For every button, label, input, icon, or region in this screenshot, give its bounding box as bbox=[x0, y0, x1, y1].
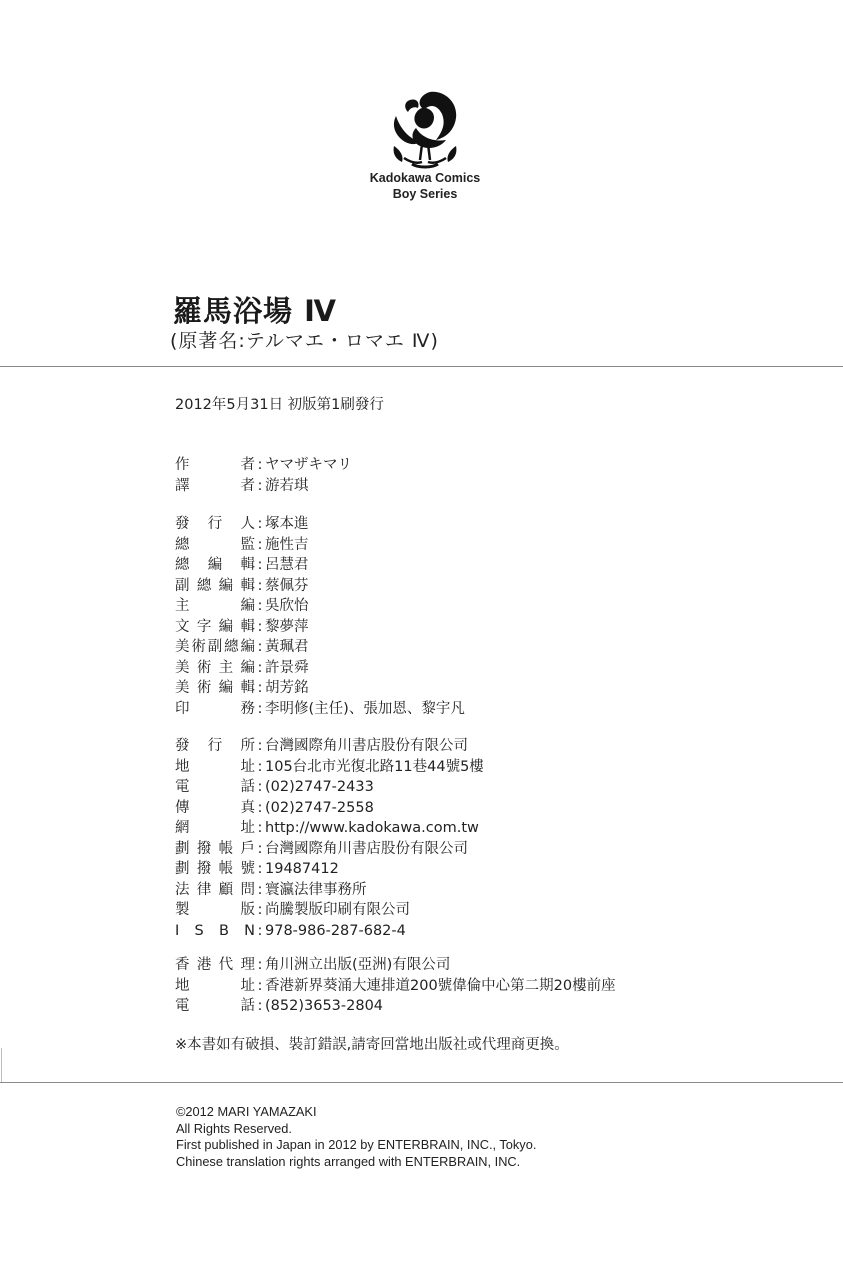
credit-row: 總監:施性吉 bbox=[175, 535, 465, 556]
label-char: 輯 bbox=[240, 617, 255, 638]
label-char: 編 bbox=[241, 637, 256, 658]
label-char: 址 bbox=[241, 976, 256, 997]
credit-label: 製版 bbox=[175, 900, 255, 921]
translation-rights-line: Chinese translation rights arranged with… bbox=[176, 1154, 536, 1171]
label-char: 話 bbox=[241, 996, 256, 1017]
credit-row: 美術編輯:胡芳銘 bbox=[175, 678, 465, 699]
credit-label: 地址 bbox=[175, 757, 255, 778]
label-char: 劃 bbox=[175, 859, 190, 880]
label-char: 總 bbox=[175, 555, 190, 576]
credit-value: 游若琪 bbox=[265, 476, 309, 497]
label-char: 作 bbox=[175, 455, 190, 476]
label-char: 發 bbox=[175, 736, 190, 757]
credit-value: 978-986-287-682-4 bbox=[265, 921, 406, 942]
credit-row: 美術主編:許景舜 bbox=[175, 658, 465, 679]
credit-label: 劃撥帳號 bbox=[175, 859, 255, 880]
label-char: 者 bbox=[241, 455, 256, 476]
credit-label: 主編 bbox=[175, 596, 255, 617]
label-char: 地 bbox=[175, 757, 190, 778]
credit-label: 文字編輯 bbox=[175, 617, 255, 638]
credit-label: 香港代理 bbox=[175, 955, 255, 976]
label-separator: : bbox=[255, 736, 265, 757]
label-char: 者 bbox=[241, 476, 256, 497]
label-char: 術 bbox=[191, 637, 206, 658]
credit-row: 香港代理:角川洲立出版(亞洲)有限公司 bbox=[175, 955, 616, 976]
credit-label: 總監 bbox=[175, 535, 255, 556]
credit-row: 印務:李明修(主任)、張加恩、黎宇凡 bbox=[175, 699, 465, 720]
credit-value: 塚本進 bbox=[265, 514, 309, 535]
label-char: 問 bbox=[240, 880, 255, 901]
label-separator: : bbox=[255, 637, 265, 658]
credit-value: (02)2747-2558 bbox=[265, 798, 374, 819]
label-char: 術 bbox=[197, 658, 212, 679]
credit-row: ISBN:978-986-287-682-4 bbox=[175, 921, 484, 942]
label-char: 美 bbox=[175, 678, 190, 699]
credit-value: 李明修(主任)、張加恩、黎宇凡 bbox=[265, 699, 465, 720]
top-divider bbox=[0, 366, 843, 367]
label-char: 撥 bbox=[197, 859, 212, 880]
label-separator: : bbox=[255, 757, 265, 778]
label-separator: : bbox=[255, 777, 265, 798]
label-separator: : bbox=[255, 859, 265, 880]
hk-agent-info: 香港代理:角川洲立出版(亞洲)有限公司地址:香港新界葵涌大連排道200號偉倫中心… bbox=[175, 955, 616, 1017]
label-char: 製 bbox=[175, 900, 190, 921]
credit-value: 香港新界葵涌大連排道200號偉倫中心第二期20樓前座 bbox=[265, 976, 616, 997]
credit-row: 電話:(02)2747-2433 bbox=[175, 777, 484, 798]
label-char: 理 bbox=[240, 955, 255, 976]
label-char: 代 bbox=[219, 955, 234, 976]
label-separator: : bbox=[255, 976, 265, 997]
label-char: 版 bbox=[241, 900, 256, 921]
credit-row: 傳真:(02)2747-2558 bbox=[175, 798, 484, 819]
label-char: 編 bbox=[219, 617, 234, 638]
label-char: S bbox=[195, 921, 204, 942]
label-char: 編 bbox=[219, 576, 234, 597]
label-char: I bbox=[175, 921, 179, 942]
label-char: 發 bbox=[175, 514, 190, 535]
replacement-notice: ※本書如有破損、裝訂錯誤,請寄回當地出版社或代理商更換。 bbox=[175, 1033, 569, 1054]
credit-value: (852)3653-2804 bbox=[265, 996, 383, 1017]
credit-label: 傳真 bbox=[175, 798, 255, 819]
rights-line: All Rights Reserved. bbox=[176, 1121, 536, 1138]
credit-value: 施性吉 bbox=[265, 535, 309, 556]
label-char: 香 bbox=[175, 955, 190, 976]
credit-label: 發行所 bbox=[175, 736, 255, 757]
credit-label: 副總編輯 bbox=[175, 576, 255, 597]
label-char: 行 bbox=[208, 736, 223, 757]
credit-value: (02)2747-2433 bbox=[265, 777, 374, 798]
credit-row: 製版:尚騰製版印刷有限公司 bbox=[175, 900, 484, 921]
credit-value: 蔡佩芬 bbox=[265, 576, 309, 597]
credit-row: 發行人:塚本進 bbox=[175, 514, 465, 535]
label-char: 副 bbox=[208, 637, 223, 658]
label-char: N bbox=[244, 921, 255, 942]
credit-value: 胡芳銘 bbox=[265, 678, 309, 699]
label-char: 編 bbox=[241, 596, 256, 617]
label-separator: : bbox=[255, 818, 265, 839]
credit-value: 尚騰製版印刷有限公司 bbox=[265, 900, 410, 921]
label-char: 文 bbox=[175, 617, 190, 638]
label-separator: : bbox=[255, 880, 265, 901]
label-separator: : bbox=[255, 955, 265, 976]
staff-credits: 發行人:塚本進總監:施性吉總編輯:呂慧君副總編輯:蔡佩芬主編:吳欣怡文字編輯:黎… bbox=[175, 514, 465, 719]
label-char: 劃 bbox=[175, 839, 190, 860]
label-char: 美 bbox=[175, 637, 190, 658]
label-char: 主 bbox=[175, 596, 190, 617]
label-char: 輯 bbox=[240, 678, 255, 699]
copyright-line: ©2012 MARI YAMAZAKI bbox=[176, 1104, 536, 1121]
credit-label: 發行人 bbox=[175, 514, 255, 535]
label-char: 務 bbox=[241, 699, 256, 720]
label-char: 址 bbox=[241, 818, 256, 839]
credit-row: 地址:105台北市光復北路11巷44號5樓 bbox=[175, 757, 484, 778]
credit-row: 副總編輯:蔡佩芬 bbox=[175, 576, 465, 597]
label-separator: : bbox=[255, 798, 265, 819]
credit-value: 台灣國際角川書店股份有限公司 bbox=[265, 736, 468, 757]
label-char: B bbox=[219, 921, 229, 942]
label-char: 編 bbox=[219, 678, 234, 699]
label-char: 總 bbox=[175, 535, 190, 556]
label-char: 術 bbox=[197, 678, 212, 699]
credit-value: 黎夢萍 bbox=[265, 617, 309, 638]
label-char: 地 bbox=[175, 976, 190, 997]
credit-label: 美術編輯 bbox=[175, 678, 255, 699]
label-separator: : bbox=[255, 455, 265, 476]
logo-line-1: Kadokawa Comics bbox=[340, 170, 510, 186]
credit-value: 許景舜 bbox=[265, 658, 309, 679]
label-separator: : bbox=[255, 576, 265, 597]
credit-row: 主編:吳欣怡 bbox=[175, 596, 465, 617]
credit-label: 印務 bbox=[175, 699, 255, 720]
label-separator: : bbox=[255, 996, 265, 1017]
phoenix-emblem-icon bbox=[386, 88, 464, 170]
label-separator: : bbox=[255, 839, 265, 860]
credit-label: 作者 bbox=[175, 455, 255, 476]
credit-value: http://www.kadokawa.com.tw bbox=[265, 818, 479, 839]
credit-row: 電話:(852)3653-2804 bbox=[175, 996, 616, 1017]
credit-value: 19487412 bbox=[265, 859, 339, 880]
credit-value: ヤマザキマリ bbox=[265, 455, 352, 476]
publisher-logo: Kadokawa Comics Boy Series bbox=[340, 88, 510, 202]
publisher-info: 發行所:台灣國際角川書店股份有限公司地址:105台北市光復北路11巷44號5樓電… bbox=[175, 736, 484, 941]
label-char: 主 bbox=[219, 658, 234, 679]
label-char: 副 bbox=[175, 576, 190, 597]
credit-row: 譯者:游若琪 bbox=[175, 476, 352, 497]
label-char: 法 bbox=[175, 880, 190, 901]
label-char: 真 bbox=[241, 798, 256, 819]
label-char: 電 bbox=[175, 996, 190, 1017]
credit-row: 文字編輯:黎夢萍 bbox=[175, 617, 465, 638]
label-char: 總 bbox=[197, 576, 212, 597]
credit-value: 黃珮君 bbox=[265, 637, 309, 658]
label-char: 戶 bbox=[240, 839, 255, 860]
label-char: 址 bbox=[241, 757, 256, 778]
credit-value: 台灣國際角川書店股份有限公司 bbox=[265, 839, 468, 860]
label-char: 人 bbox=[241, 514, 256, 535]
label-char: 編 bbox=[240, 658, 255, 679]
label-char: 行 bbox=[208, 514, 223, 535]
credit-row: 發行所:台灣國際角川書店股份有限公司 bbox=[175, 736, 484, 757]
credit-label: 總編輯 bbox=[175, 555, 255, 576]
credit-row: 劃撥帳號:19487412 bbox=[175, 859, 484, 880]
label-char: 網 bbox=[175, 818, 190, 839]
label-char: 譯 bbox=[175, 476, 190, 497]
label-char: 字 bbox=[197, 617, 212, 638]
label-separator: : bbox=[255, 617, 265, 638]
label-char: 所 bbox=[241, 736, 256, 757]
author-credits: 作者:ヤマザキマリ譯者:游若琪 bbox=[175, 455, 352, 496]
label-char: 港 bbox=[197, 955, 212, 976]
credit-row: 法律顧問:寰瀛法律事務所 bbox=[175, 880, 484, 901]
label-char: 監 bbox=[241, 535, 256, 556]
label-separator: : bbox=[255, 476, 265, 497]
credit-label: 美術副總編 bbox=[175, 637, 255, 658]
label-separator: : bbox=[255, 678, 265, 699]
label-separator: : bbox=[255, 900, 265, 921]
label-char: 總 bbox=[224, 637, 239, 658]
label-char: 美 bbox=[175, 658, 190, 679]
label-separator: : bbox=[255, 514, 265, 535]
label-char: 號 bbox=[240, 859, 255, 880]
original-title: (原著名:テルマエ・ロマエ Ⅳ) bbox=[170, 326, 439, 353]
book-title: 羅馬浴場 Ⅳ bbox=[173, 289, 337, 330]
credit-label: 譯者 bbox=[175, 476, 255, 497]
label-char: 帳 bbox=[219, 839, 234, 860]
label-char: 傳 bbox=[175, 798, 190, 819]
bottom-divider bbox=[0, 1082, 843, 1083]
label-char: 撥 bbox=[197, 839, 212, 860]
label-char: 話 bbox=[241, 777, 256, 798]
publication-date: 2012年5月31日 初版第1刷發行 bbox=[175, 393, 384, 414]
page-edge-mark bbox=[1, 1048, 2, 1083]
credit-label: 劃撥帳戶 bbox=[175, 839, 255, 860]
label-char: 編 bbox=[208, 555, 223, 576]
label-char: 顧 bbox=[219, 880, 234, 901]
credit-value: 角川洲立出版(亞洲)有限公司 bbox=[265, 955, 450, 976]
credit-row: 作者:ヤマザキマリ bbox=[175, 455, 352, 476]
label-char: 電 bbox=[175, 777, 190, 798]
label-char: 輯 bbox=[240, 576, 255, 597]
copyright-block: ©2012 MARI YAMAZAKI All Rights Reserved.… bbox=[176, 1104, 536, 1170]
credit-label: 網址 bbox=[175, 818, 255, 839]
credit-label: 美術主編 bbox=[175, 658, 255, 679]
label-char: 輯 bbox=[241, 555, 256, 576]
credit-label: 地址 bbox=[175, 976, 255, 997]
credit-label: 電話 bbox=[175, 777, 255, 798]
label-char: 帳 bbox=[219, 859, 234, 880]
first-published-line: First published in Japan in 2012 by ENTE… bbox=[176, 1137, 536, 1154]
label-separator: : bbox=[255, 658, 265, 679]
logo-line-2: Boy Series bbox=[340, 186, 510, 202]
label-separator: : bbox=[255, 921, 265, 942]
credit-label: ISBN bbox=[175, 921, 255, 942]
credit-row: 網址:http://www.kadokawa.com.tw bbox=[175, 818, 484, 839]
label-char: 印 bbox=[175, 699, 190, 720]
credit-row: 劃撥帳戶:台灣國際角川書店股份有限公司 bbox=[175, 839, 484, 860]
label-separator: : bbox=[255, 596, 265, 617]
credit-value: 寰瀛法律事務所 bbox=[265, 880, 367, 901]
credit-row: 總編輯:呂慧君 bbox=[175, 555, 465, 576]
credit-value: 105台北市光復北路11巷44號5樓 bbox=[265, 757, 484, 778]
credit-value: 吳欣怡 bbox=[265, 596, 309, 617]
label-separator: : bbox=[255, 535, 265, 556]
credit-label: 法律顧問 bbox=[175, 880, 255, 901]
label-separator: : bbox=[255, 699, 265, 720]
label-separator: : bbox=[255, 555, 265, 576]
credit-label: 電話 bbox=[175, 996, 255, 1017]
credit-row: 美術副總編:黃珮君 bbox=[175, 637, 465, 658]
credit-value: 呂慧君 bbox=[265, 555, 309, 576]
credit-row: 地址:香港新界葵涌大連排道200號偉倫中心第二期20樓前座 bbox=[175, 976, 616, 997]
label-char: 律 bbox=[197, 880, 212, 901]
